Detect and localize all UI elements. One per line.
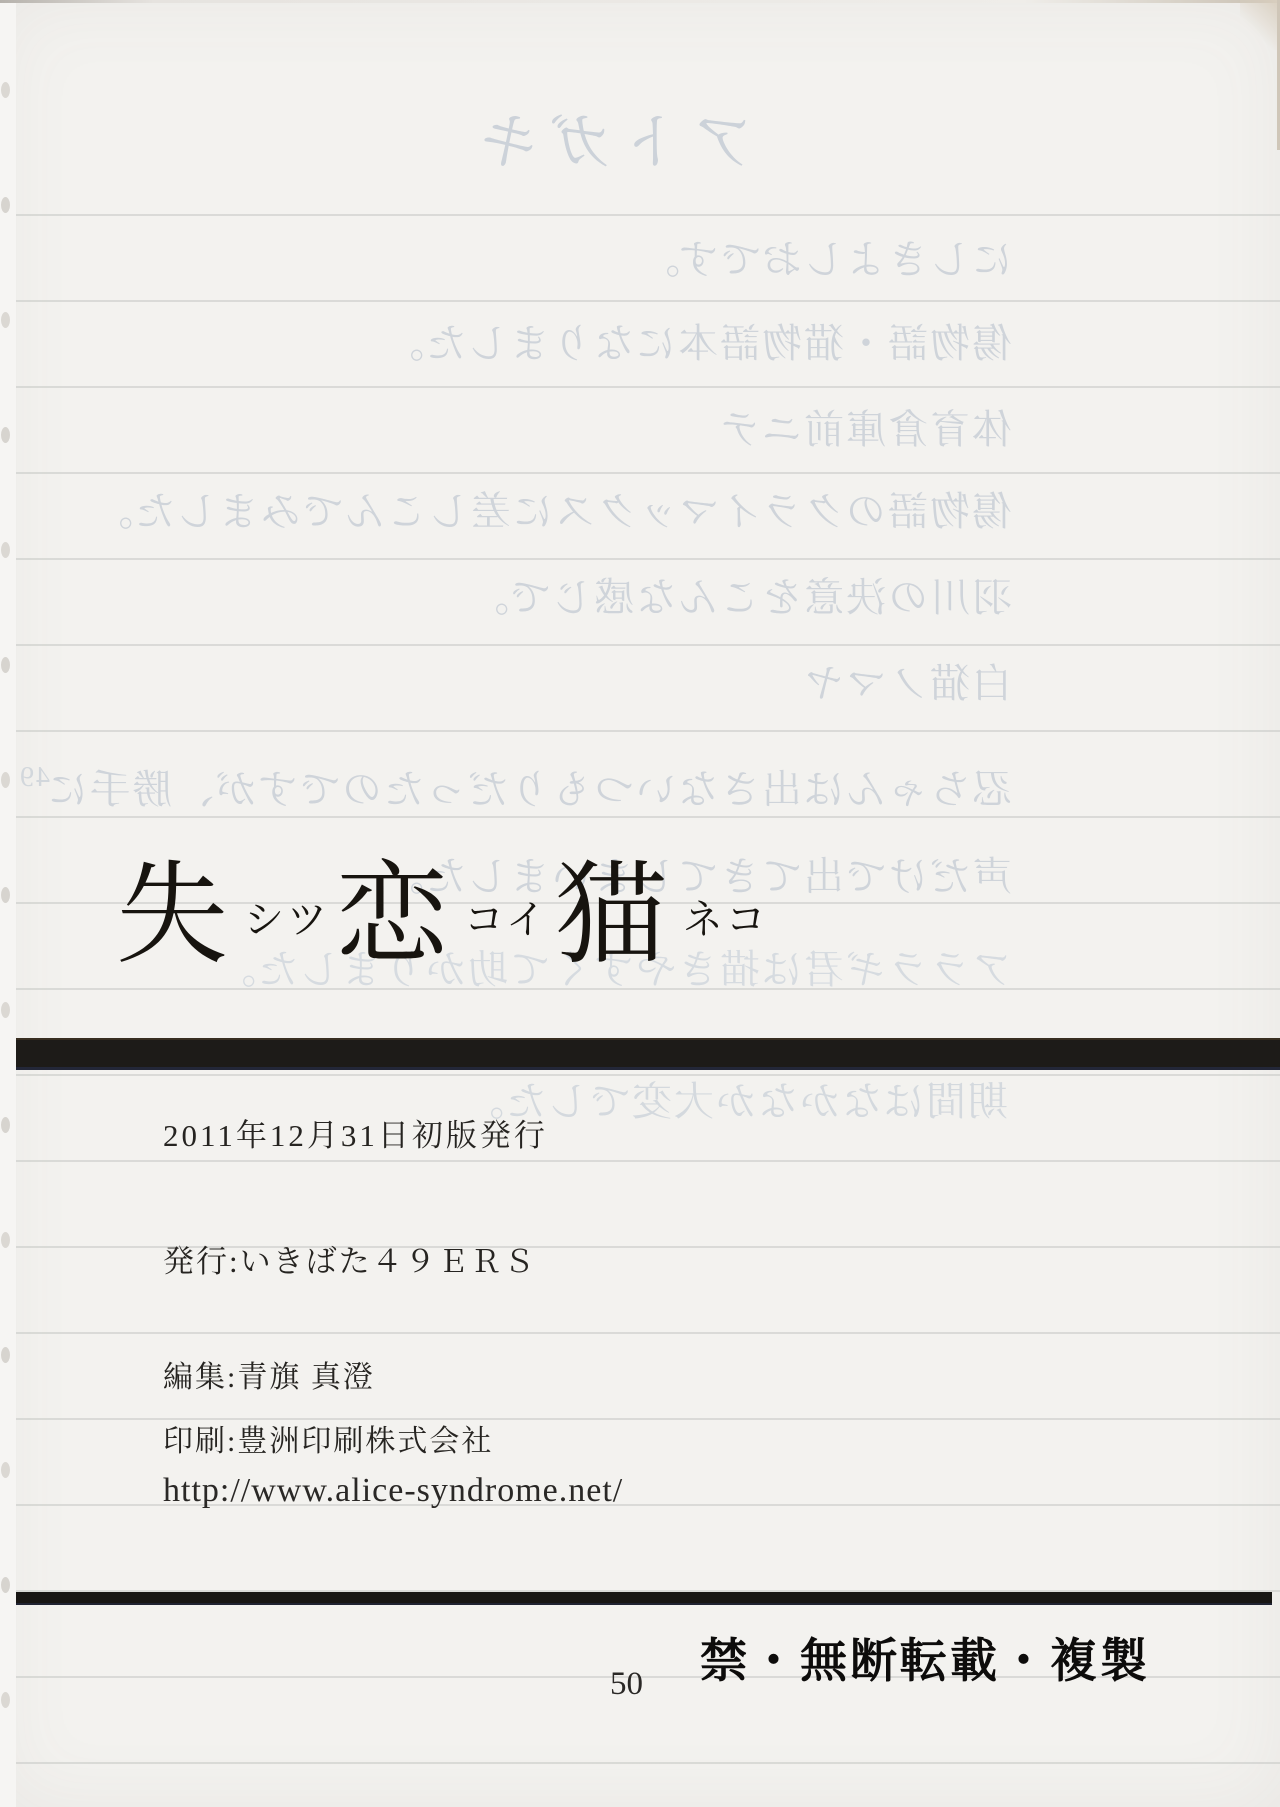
bottom-rule-bar	[0, 1592, 1272, 1605]
title-kanji: 恋	[336, 856, 448, 977]
website-url: http://www.alice-syndrome.net/	[163, 1472, 623, 1510]
bleed-heading: アトガキ	[468, 92, 754, 181]
bleed-line: 傷物語のクライマックスに差しこんでみました。	[91, 480, 1012, 537]
title-kanji: 猫	[555, 856, 667, 977]
binding-notches	[1, 82, 10, 98]
book-title: 失シツ恋コイ猫ネコ	[116, 856, 775, 977]
no-reproduction-notice: 禁・無断転載・複製	[700, 1624, 1150, 1691]
separator-bar	[0, 1038, 1280, 1070]
bleed-line: 体育倉庫前ニテ	[718, 398, 1012, 455]
bleed-page-number: 49	[18, 762, 50, 794]
bleed-line: 忍ちゃんは出さないつもりだったのですが、勝手に	[46, 758, 1012, 815]
editor-line: 編集:青旗 真澄	[163, 1352, 375, 1396]
title-furigana: ネコ	[683, 900, 769, 940]
bleed-line: にしきよしおです。	[638, 228, 1012, 285]
title-furigana: コイ	[464, 900, 549, 940]
scan-corner-shadow	[1240, 0, 1280, 50]
title-kanji: 失	[116, 856, 228, 977]
page-number: 50	[610, 1666, 643, 1703]
bleed-line: 白猫ノマヤ	[802, 652, 1012, 709]
edition-date-line: 2011年12月31日初版発行	[163, 1110, 548, 1155]
publisher-line: 発行:いきばた４９ＥＲＳ	[163, 1236, 537, 1281]
torn-binding-edge	[0, 0, 16, 1807]
printer-line: 印刷:豊洲印刷株式会社	[163, 1416, 493, 1460]
bleed-line: 傷物語・猫物語本になりました。	[382, 312, 1012, 369]
scan-top-edge	[0, 0, 1280, 3]
title-furigana: シツ	[244, 900, 330, 940]
bleed-line: 羽川の決意をこんな感じで。	[467, 566, 1012, 623]
scanned-colophon-page: アトガキ にしきよしおです。 傷物語・猫物語本になりました。 体育倉庫前ニテ 傷…	[0, 0, 1280, 1807]
